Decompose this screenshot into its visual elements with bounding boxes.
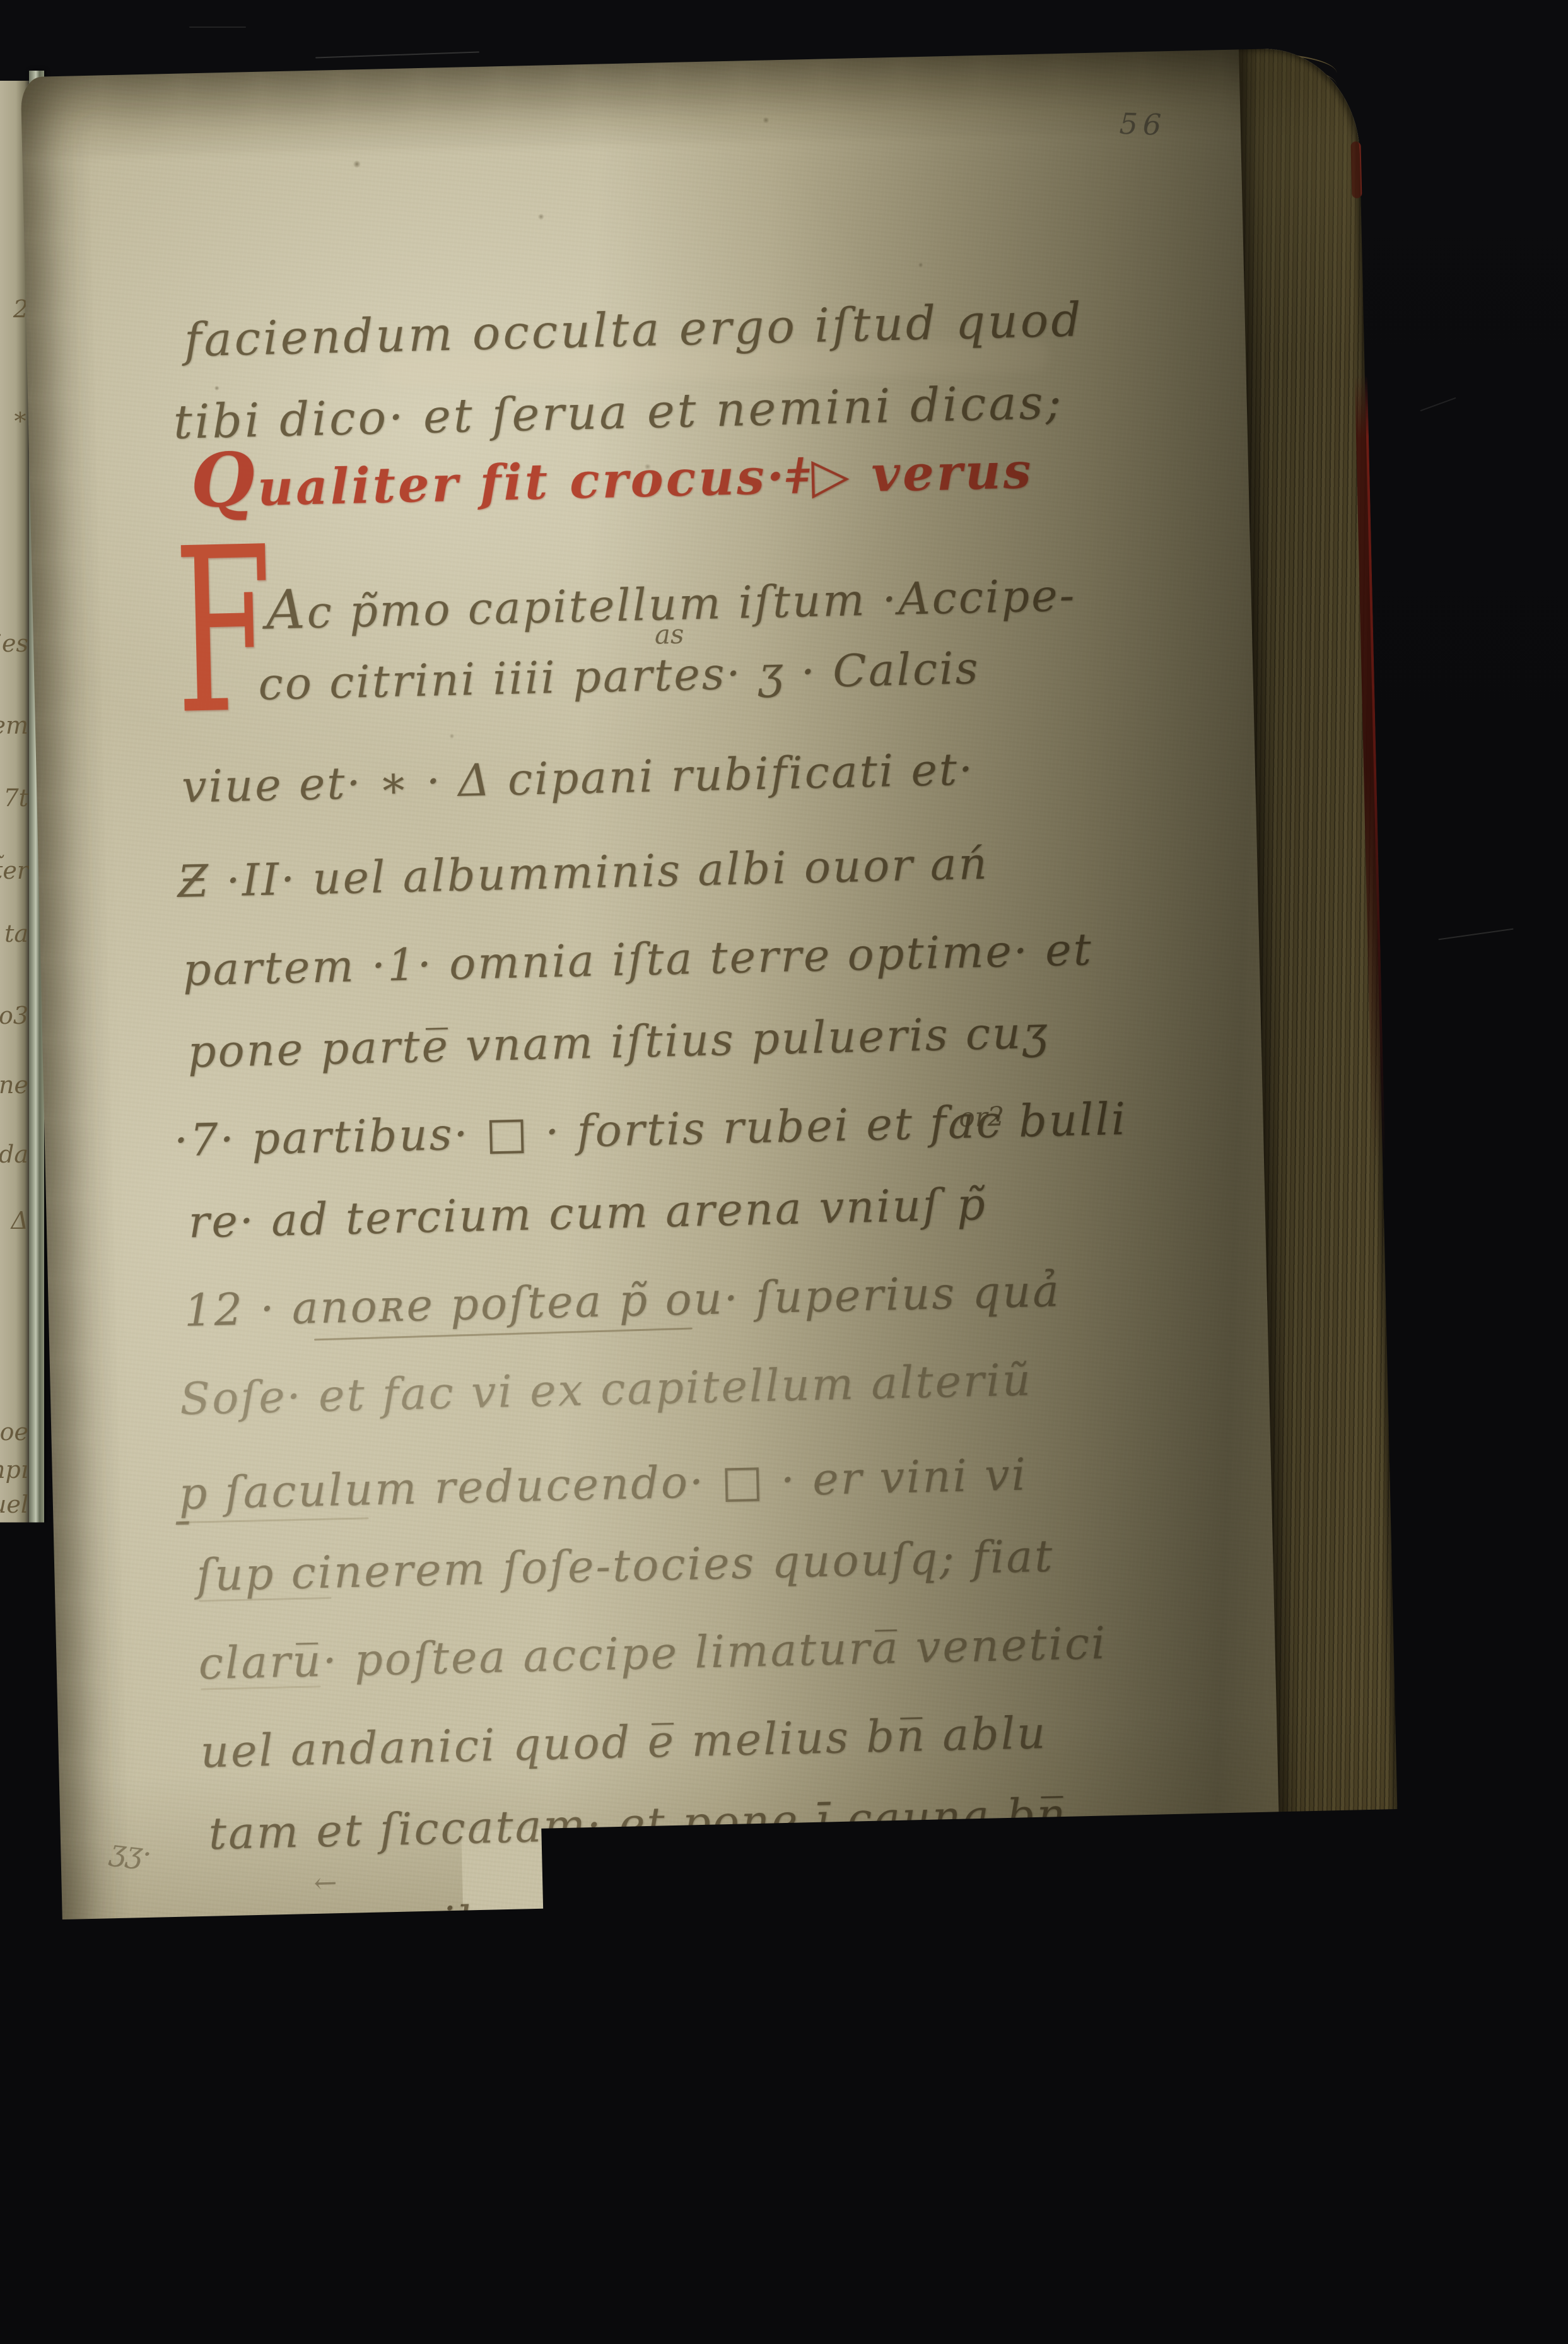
facing-text-fragment: e 7t bbox=[0, 784, 28, 812]
manuscript-line: co citrini iiii partes· ʒ · Calcis bbox=[258, 642, 981, 710]
surface-scratch bbox=[554, 2070, 670, 2104]
scanner-scratch bbox=[1473, 1867, 1517, 1894]
manuscript-line: uel andanici quod e̅ melius bn̅ ablu bbox=[200, 1707, 1048, 1778]
manuscript-line: re· ad tercium cum arena vniuſ p̃ bbox=[188, 1178, 988, 1248]
manuscript-line: tam et ſiccatam· et pone ī cauna bn̅ bbox=[208, 1788, 1068, 1860]
facing-text-fragment: t bbox=[19, 1532, 28, 1559]
facing-text-fragment: nato bbox=[0, 1569, 28, 1597]
facing-text-fragment: em bbox=[0, 712, 28, 739]
margin-mark: ʒʒ· bbox=[108, 1832, 154, 1871]
facing-text-fragment: d ſ bbox=[0, 1636, 28, 1663]
scanner-scratch bbox=[1420, 397, 1456, 411]
superscript-abbreviation: as bbox=[654, 619, 684, 650]
margin-arrow-mark: ← bbox=[313, 1867, 337, 1900]
scanner-scratch bbox=[315, 51, 479, 58]
facing-text-fragment: o3 bbox=[0, 1002, 28, 1029]
facing-text-fragment: mpı bbox=[0, 1456, 28, 1484]
scanner-scratch bbox=[1438, 929, 1513, 941]
facing-text-fragment: rer bbox=[0, 1604, 28, 1632]
scanner-scratch bbox=[946, 2301, 984, 2302]
manuscript-line: Ƶ ·II· uel albumminis albi ouor ań bbox=[177, 838, 990, 908]
facing-text-fragment: Δ bbox=[11, 1207, 28, 1234]
facing-text-fragment: ∗ bbox=[12, 402, 28, 430]
manuscript-line: pone parte̅ vnam iſtius pulueris cuʒ bbox=[187, 1007, 1050, 1078]
superscript-abbreviation: or2 bbox=[959, 1101, 1005, 1133]
manuscript-line: p̱ ſaculum reducendo· □ · er vini vi bbox=[178, 1449, 1028, 1520]
facing-text-fragment: t̃er bbox=[0, 857, 28, 884]
facing-text-fragment: poe bbox=[0, 1418, 28, 1446]
facing-text-fragment: da bbox=[0, 1140, 28, 1168]
manuscript-line: Soſe· et fac vi ex capitellum alteriũ bbox=[179, 1354, 1033, 1425]
folio-number: 56 bbox=[1119, 107, 1167, 142]
facing-text-fragment: uel bbox=[0, 1491, 28, 1518]
manuscript-line: bonu̅ et ſuffla cum folle donec ſit bn̅ bbox=[202, 1965, 1077, 2036]
manuscript-line: viue et· ∗ · Δ cipani rubificati et· bbox=[181, 743, 975, 813]
margin-mark: ıxı bbox=[122, 1937, 153, 1966]
facing-text-fragment: ta bbox=[4, 920, 28, 947]
binding-thread bbox=[10, 107, 32, 143]
scanner-scratch bbox=[189, 26, 246, 28]
manuscript-line: claru̅· poſtea accipe limatura̅ venetici bbox=[198, 1617, 1108, 1690]
facing-text-fragment: ties bbox=[0, 630, 28, 657]
facing-text-fragment: gne bbox=[0, 1071, 28, 1099]
facing-page-edge: 2 ∗ ties em e 7t t̃er ta o3 gne da Δ poe… bbox=[0, 81, 29, 2193]
manuscript-line: partem ·1· omnia iſta terre optime· et bbox=[182, 923, 1094, 996]
binding-red-edge bbox=[1350, 141, 1362, 198]
manuscript-line: 12 · anoʀe poſtea p̃ ou· ſuperius quả bbox=[184, 1265, 1062, 1337]
manuscript-page: 56 faciendum occulta ergo iſtud quod tib… bbox=[21, 47, 1407, 2273]
scanner-scratch bbox=[442, 2309, 498, 2310]
manuscript-photo-scene: 2 ∗ ties em e 7t t̃er ta o3 gne da Δ poe… bbox=[0, 0, 1568, 2344]
manuscript-line: ſup cinerem ſoſe-tocies quouſq; fiat bbox=[196, 1530, 1055, 1602]
